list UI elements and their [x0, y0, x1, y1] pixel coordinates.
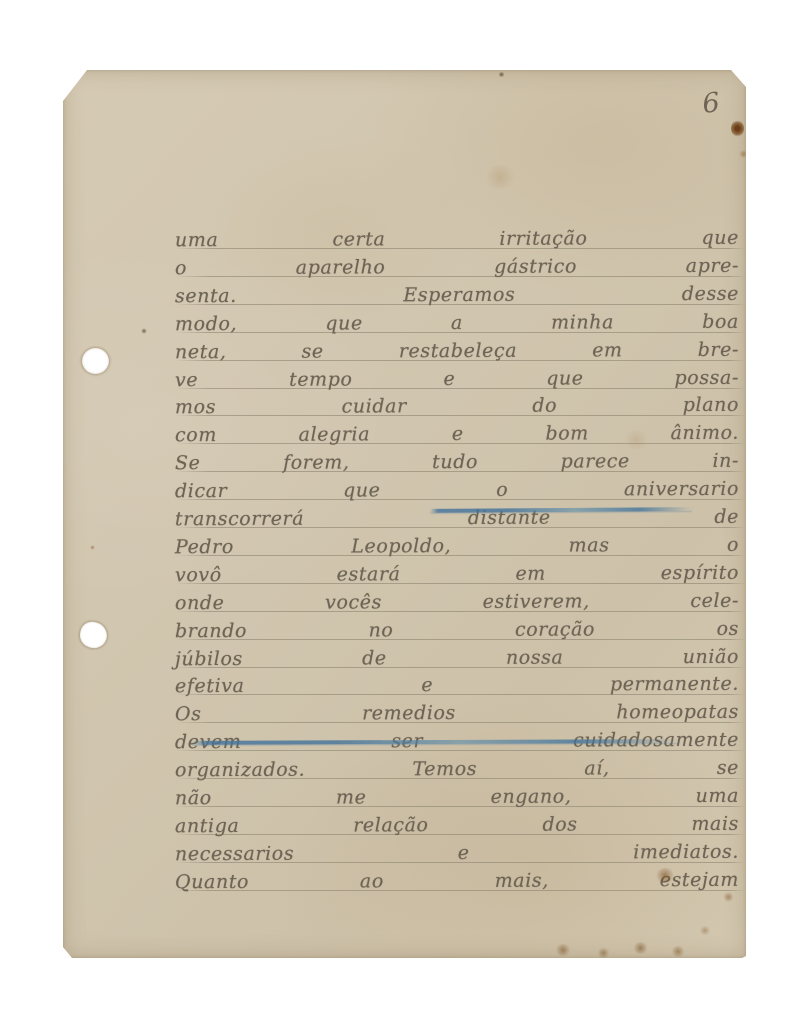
foxing-stain — [671, 946, 685, 957]
handwritten-word: boa — [702, 308, 739, 334]
handwritten-word: que — [325, 310, 363, 336]
handwritten-word: mos — [175, 394, 216, 420]
handwritten-word: mais — [691, 811, 739, 837]
handwritten-word: o — [175, 255, 187, 281]
handwritten-word: antiga — [175, 813, 239, 839]
handwritten-word: o — [727, 532, 739, 558]
handwritten-word: remedios — [362, 700, 456, 726]
handwritten-word: estiverem, — [483, 588, 590, 614]
handwritten-word: engano, — [491, 784, 572, 810]
handwritten-word: permanente. — [610, 671, 739, 698]
handwritten-word: em — [515, 560, 546, 586]
handwritten-word: dicar — [175, 478, 227, 504]
handwritten-word: in- — [712, 448, 739, 474]
handwritten-word: o — [496, 477, 508, 503]
handwritten-word: Os — [175, 701, 202, 727]
hole-punch-bottom — [78, 620, 109, 650]
foxing-stain — [699, 926, 711, 935]
handwritten-word: irritação — [499, 225, 587, 251]
handwritten-word: uma — [696, 783, 740, 809]
handwritten-word: aí, — [584, 755, 609, 781]
handwritten-word: Quanto — [175, 869, 249, 895]
handwritten-word: mais, — [495, 867, 549, 893]
handwritten-word: união — [683, 643, 739, 669]
handwritten-word: restabeleça — [399, 337, 517, 364]
handwritten-word: organizados. — [175, 757, 305, 784]
hole-punch-top — [82, 348, 109, 374]
handwritten-word: apre- — [686, 253, 739, 279]
handwritten-word: os — [717, 615, 740, 641]
handwritten-word: forem, — [283, 450, 350, 476]
handwritten-word: vocês — [325, 589, 382, 615]
manuscript-line: neta,serestabeleçaembre- — [175, 332, 739, 364]
handwritten-word: ao — [360, 868, 384, 894]
foxing-stain — [633, 942, 648, 954]
scan-background: 6 umacertairritaçãoqueoaparelhogástricoa… — [0, 0, 806, 1024]
handwritten-word: imediatos. — [633, 839, 739, 865]
handwritten-word: efetiva — [175, 673, 245, 699]
handwritten-word: a — [451, 310, 463, 336]
handwritten-word: com — [175, 422, 217, 448]
foxing-stain — [141, 328, 147, 334]
handwritten-word: e — [452, 421, 464, 447]
handwritten-word: brando — [175, 618, 247, 644]
handwritten-word: e — [421, 672, 433, 698]
handwritten-word: bom — [545, 421, 589, 447]
handwritten-word: tudo — [432, 449, 478, 475]
handwritten-word: se — [717, 755, 739, 781]
handwritten-word: relação — [353, 812, 428, 838]
handwritten-word: vovô — [175, 562, 222, 588]
handwritten-word: que — [701, 225, 739, 251]
foxing-stain — [723, 892, 734, 902]
foxing-stain — [555, 944, 571, 956]
handwritten-word: mas — [569, 532, 610, 558]
manuscript-line: modo,queaminhaboa — [175, 304, 739, 336]
foxing-stain — [498, 72, 505, 77]
handwritten-word: Leopoldo, — [351, 533, 451, 559]
handwritten-word: estejam — [660, 866, 739, 892]
manuscript-line: brandonocoraçãoos — [175, 611, 739, 643]
foxing-stain — [483, 165, 517, 189]
manuscript-page: 6 umacertairritaçãoqueoaparelhogástricoa… — [63, 70, 746, 958]
handwritten-word: senta. — [175, 283, 237, 309]
handwritten-word: tempo — [289, 366, 353, 392]
handwritten-word: desse — [682, 281, 739, 307]
handwritten-word: me — [336, 784, 367, 810]
handwritten-word: Esperamos — [403, 282, 515, 308]
handwritten-word: Pedro — [175, 534, 234, 560]
handwritten-word: no — [368, 617, 393, 643]
handwritten-word: em — [592, 337, 623, 363]
handwritten-word: que — [546, 365, 584, 391]
handwritten-word: certa — [332, 226, 385, 252]
foxing-stain — [90, 545, 95, 550]
handwritten-word: minha — [551, 309, 614, 335]
handwritten-word: e — [443, 366, 455, 392]
handwritten-word: e — [458, 840, 470, 866]
handwritten-word: que — [343, 477, 381, 503]
handwritten-word: neta, — [175, 339, 227, 365]
handwritten-word: de — [714, 504, 739, 530]
manuscript-line: ondevocêsestiverem,cele- — [175, 583, 739, 615]
handwritten-word: cuidar — [342, 394, 407, 420]
foxing-stain — [597, 948, 610, 958]
handwritten-word: ânimo. — [671, 420, 740, 446]
handwritten-word: modo, — [175, 311, 237, 337]
foxing-stain — [731, 120, 744, 137]
handwritten-word: bre- — [698, 336, 739, 362]
foxing-stain — [739, 150, 748, 158]
handwritten-word: possa- — [674, 364, 739, 390]
handwritten-word: necessarios — [175, 841, 294, 868]
handwritten-word: gástrico — [494, 253, 577, 279]
page-number: 6 — [689, 86, 732, 121]
handwritten-word: nossa — [506, 644, 564, 670]
handwritten-word: alegria — [299, 422, 371, 448]
handwritten-word: ve — [175, 367, 198, 393]
handwritten-word: coração — [515, 616, 595, 642]
handwritten-word: aniversario — [624, 476, 739, 503]
handwritten-word: uma — [175, 227, 219, 253]
handwritten-word: estará — [337, 561, 401, 587]
handwritten-word: plano — [683, 392, 739, 418]
handwritten-word: homeopatas — [616, 699, 739, 726]
handwritten-word: de — [362, 645, 387, 671]
handwritten-word: se — [301, 338, 323, 364]
manuscript-line: Quantoaomais,estejam — [175, 862, 739, 894]
handwritten-word: parece — [560, 448, 629, 474]
handwritten-word: espírito — [661, 560, 739, 586]
handwritten-word: não — [175, 785, 212, 811]
handwritten-word: cele- — [690, 587, 739, 613]
handwritten-word: Temos — [412, 756, 477, 782]
handwritten-word: aparelho — [296, 254, 386, 280]
handwritten-word: júbilos — [175, 645, 243, 671]
handwritten-word: onde — [175, 590, 225, 616]
handwritten-word: dos — [542, 811, 577, 837]
handwritten-word: transcorrerá — [175, 506, 304, 533]
handwritten-word: Se — [175, 450, 201, 476]
handwritten-word: do — [532, 393, 557, 419]
